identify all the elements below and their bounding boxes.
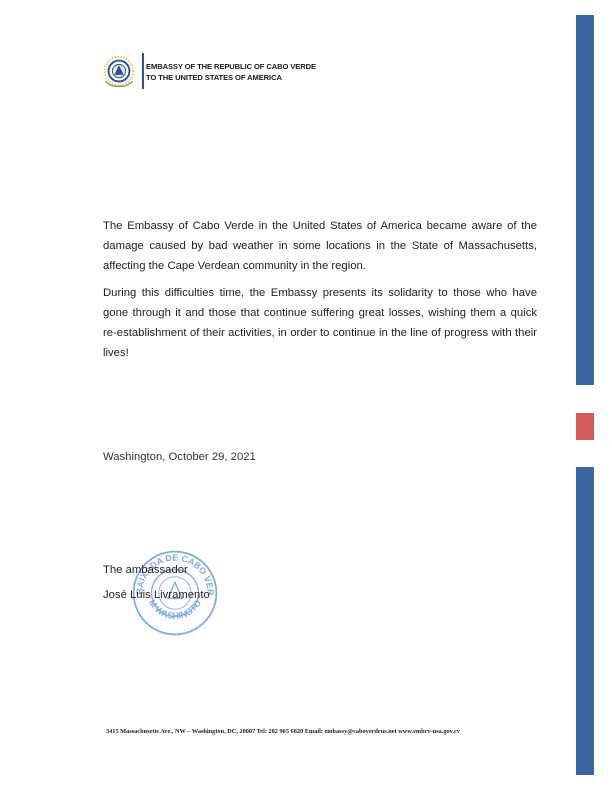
signature-name: José Luis Livramento	[103, 589, 210, 601]
side-bar-blue-top	[576, 15, 594, 385]
dateline: Washington, October 29, 2021	[103, 451, 256, 463]
body-paragraph-2: During this difficulties time, the Embas…	[103, 283, 537, 363]
side-bar-blue-bottom	[576, 467, 594, 775]
footer-contact: 3415 Massachusetts Ave., NW – Washington…	[106, 728, 460, 735]
header-divider	[142, 53, 144, 89]
letterhead-line-1: EMBASSY OF THE REPUBLIC OF CABO VERDE	[146, 61, 316, 72]
body-paragraph-1: The Embassy of Cabo Verde in the United …	[103, 216, 537, 276]
side-bar-red	[576, 413, 594, 440]
coat-of-arms-icon	[100, 53, 138, 91]
signature-title: The ambassador	[103, 564, 188, 576]
letterhead: EMBASSY OF THE REPUBLIC OF CABO VERDE TO…	[146, 61, 316, 83]
letterhead-line-2: TO THE UNITED STATES OF AMERICA	[146, 72, 316, 83]
